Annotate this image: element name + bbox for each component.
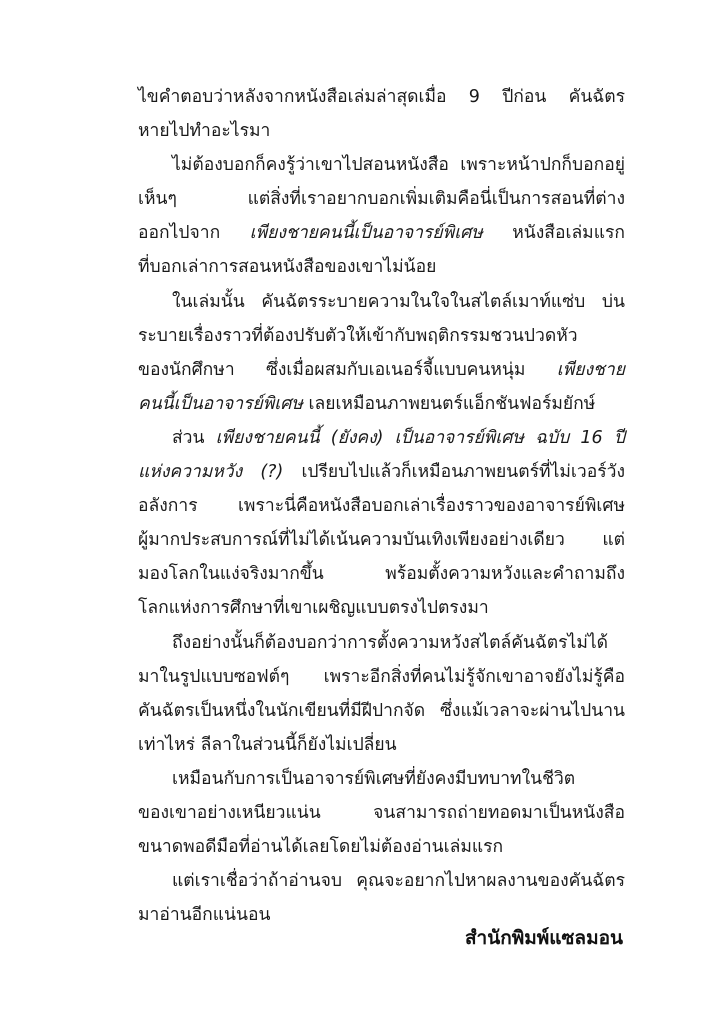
body-text: มองโลกในแง่จริงมากขึ้น พร้อมตั้งความหวัง… <box>138 564 625 584</box>
body-text: เปรียบไปแล้วก็เหมือนภาพยนตร์ที่ไม่เวอร์ว… <box>283 462 625 482</box>
body-text: มาในรูปแบบซอฟต์ๆ เพราะอีกสิ่งที่คนไม่รู้… <box>138 667 625 687</box>
text-line: แห่งความหวัง (?) เปรียบไปแล้วก็เหมือนภาพ… <box>138 455 625 489</box>
paragraph: ส่วน เพียงชายคนนี้ (ยังคง) เป็นอาจารย์พิ… <box>138 421 625 626</box>
italic-title-text: แห่งความหวัง (?) <box>138 462 283 482</box>
italic-title-text: เพียงชายคนนี้เป็นอาจารย์พิเศษ <box>250 223 483 243</box>
text-line: ระบายเรื่องราวที่ต้องปรับตัวให้เข้ากับพฤ… <box>138 319 625 353</box>
body-text: ในเล่มนั้น คันฉัตรระบายความในใจในสไตล์เม… <box>172 292 625 312</box>
text-line: โลกแห่งการศึกษาที่เขาเผชิญแบบตรงไปตรงมา <box>138 591 625 625</box>
publisher-signature: สำนักพิมพ์แซลมอน <box>465 923 623 953</box>
text-line: เหมือนกับการเป็นอาจารย์พิเศษที่ยังคงมีบท… <box>138 762 625 796</box>
body-text: ไม่ต้องบอกก็คงรู้ว่าเขาไปสอนหนังสือ เพรา… <box>172 155 625 175</box>
text-line: ส่วน เพียงชายคนนี้ (ยังคง) เป็นอาจารย์พิ… <box>138 421 625 455</box>
body-text: ผู้มากประสบการณ์ที่ไม่ได้เน้นความบันเทิง… <box>138 530 625 550</box>
body-text: หนังสือเล่มแรก <box>483 223 625 243</box>
body-text: ของนักศึกษา ซึ่งเมื่อผสมกับเอเนอร์จี้แบบ… <box>138 360 557 380</box>
text-line: เห็นๆ แต่สิ่งที่เราอยากบอกเพิ่มเติมคือนี… <box>138 182 625 216</box>
text-line: หายไปทำอะไรมา <box>138 114 625 148</box>
body-text: เท่าไหร่ ลีลาในส่วนนี้ก็ยังไม่เปลี่ยน <box>138 735 397 755</box>
text-line: ถึงอย่างนั้นก็ต้องบอกว่าการตั้งความหวังส… <box>138 626 625 660</box>
body-text: เลยเหมือนภาพยนตร์แอ็กชันฟอร์มยักษ์ <box>303 394 595 414</box>
paragraph: ในเล่มนั้น คันฉัตรระบายความในใจในสไตล์เม… <box>138 285 625 421</box>
text-line: คันฉัตรเป็นหนึ่งในนักเขียนที่มีฝีปากจัด … <box>138 694 625 728</box>
body-text: เห็นๆ แต่สิ่งที่เราอยากบอกเพิ่มเติมคือนี… <box>138 189 625 209</box>
body-text: ถึงอย่างนั้นก็ต้องบอกว่าการตั้งความหวังส… <box>172 633 608 653</box>
body-text: ขนาดพอดีมือที่อ่านได้เลยโดยไม่ต้องอ่านเล… <box>138 837 503 857</box>
text-line: มองโลกในแง่จริงมากขึ้น พร้อมตั้งความหวัง… <box>138 557 625 591</box>
text-line: คนนี้เป็นอาจารย์พิเศษ เลยเหมือนภาพยนตร์แ… <box>138 387 625 421</box>
body-text: มาอ่านอีกแน่นอน <box>138 905 270 925</box>
text-line: ไขคำตอบว่าหลังจากหนังสือเล่มล่าสุดเมื่อ … <box>138 80 625 114</box>
body-text: ที่บอกเล่าการสอนหนังสือของเขาไม่น้อย <box>138 257 436 277</box>
text-line: ผู้มากประสบการณ์ที่ไม่ได้เน้นความบันเทิง… <box>138 523 625 557</box>
text-line: ไม่ต้องบอกก็คงรู้ว่าเขาไปสอนหนังสือ เพรา… <box>138 148 625 182</box>
body-text: ออกไปจาก <box>138 223 250 243</box>
body-text: ส่วน <box>172 428 216 448</box>
text-line: ของเขาอย่างเหนียวแน่น จนสามารถถ่ายทอดมาเ… <box>138 796 625 830</box>
body-text: ระบายเรื่องราวที่ต้องปรับตัวให้เข้ากับพฤ… <box>138 326 578 346</box>
paragraph: เหมือนกับการเป็นอาจารย์พิเศษที่ยังคงมีบท… <box>138 762 625 864</box>
paragraph: ไม่ต้องบอกก็คงรู้ว่าเขาไปสอนหนังสือ เพรา… <box>138 148 625 284</box>
text-line: ของนักศึกษา ซึ่งเมื่อผสมกับเอเนอร์จี้แบบ… <box>138 353 625 387</box>
text-line: ในเล่มนั้น คันฉัตรระบายความในใจในสไตล์เม… <box>138 285 625 319</box>
paragraph: ไขคำตอบว่าหลังจากหนังสือเล่มล่าสุดเมื่อ … <box>138 80 625 148</box>
text-line: แต่เราเชื่อว่าถ้าอ่านจบ คุณจะอยากไปหาผลง… <box>138 864 625 898</box>
text-line: เท่าไหร่ ลีลาในส่วนนี้ก็ยังไม่เปลี่ยน <box>138 728 625 762</box>
italic-title-text: เพียงชายคนนี้ (ยังคง) เป็นอาจารย์พิเศษ ฉ… <box>216 428 625 448</box>
paragraph: ถึงอย่างนั้นก็ต้องบอกว่าการตั้งความหวังส… <box>138 626 625 762</box>
body-text: แต่เราเชื่อว่าถ้าอ่านจบ คุณจะอยากไปหาผลง… <box>172 871 625 891</box>
italic-title-text: คนนี้เป็นอาจารย์พิเศษ <box>138 394 303 414</box>
body-text: เหมือนกับการเป็นอาจารย์พิเศษที่ยังคงมีบท… <box>172 769 575 789</box>
text-line: มาในรูปแบบซอฟต์ๆ เพราะอีกสิ่งที่คนไม่รู้… <box>138 660 625 694</box>
body-text: ของเขาอย่างเหนียวแน่น จนสามารถถ่ายทอดมาเ… <box>138 803 625 823</box>
text-line: ที่บอกเล่าการสอนหนังสือของเขาไม่น้อย <box>138 250 625 284</box>
body-text: คันฉัตรเป็นหนึ่งในนักเขียนที่มีฝีปากจัด … <box>138 701 625 721</box>
text-line: ออกไปจาก เพียงชายคนนี้เป็นอาจารย์พิเศษ ห… <box>138 216 625 250</box>
body-text: หายไปทำอะไรมา <box>138 121 270 141</box>
document-body: ไขคำตอบว่าหลังจากหนังสือเล่มล่าสุดเมื่อ … <box>138 80 625 932</box>
body-text: ไขคำตอบว่าหลังจากหนังสือเล่มล่าสุดเมื่อ … <box>138 87 625 107</box>
italic-title-text: เพียงชาย <box>557 360 625 380</box>
text-line: ขนาดพอดีมือที่อ่านได้เลยโดยไม่ต้องอ่านเล… <box>138 830 625 864</box>
text-line: อลังการ เพราะนี่คือหนังสือบอกเล่าเรื่องร… <box>138 489 625 523</box>
body-text: อลังการ เพราะนี่คือหนังสือบอกเล่าเรื่องร… <box>138 496 625 516</box>
body-text: โลกแห่งการศึกษาที่เขาเผชิญแบบตรงไปตรงมา <box>138 598 489 618</box>
